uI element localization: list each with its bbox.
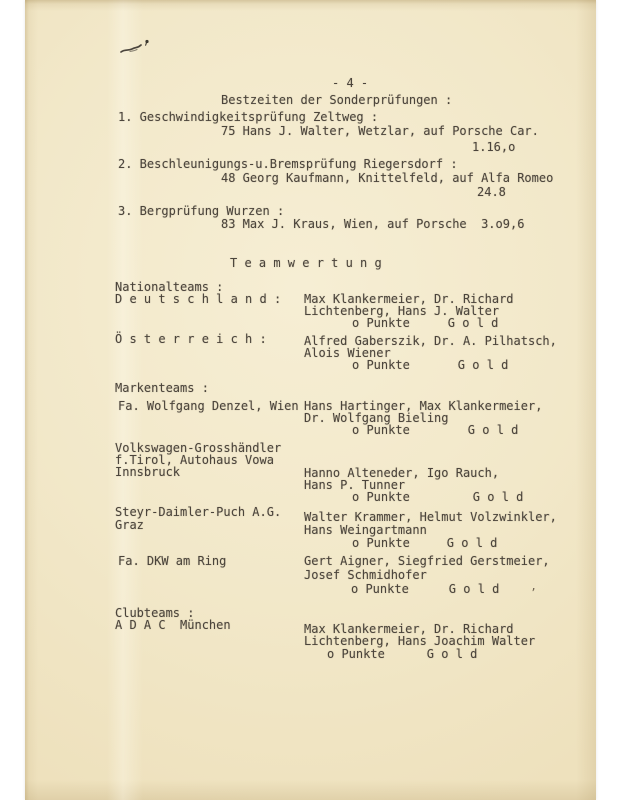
points-value: o Punkte (352, 358, 410, 372)
event-time: 24.8 (477, 186, 506, 198)
ink-smudge-icon (118, 36, 158, 58)
drivers-line: Lichtenberg, Hans Joachim Walter (304, 635, 535, 647)
group-label: Markenteams : (115, 382, 209, 394)
points-medal-line: o PunkteG o l d (352, 359, 508, 371)
medal-value: G o l d (447, 537, 498, 549)
teamwertung-heading: T e a m w e r t u n g (230, 257, 382, 269)
drivers-line: Walter Krammer, Helmut Volzwinkler, (304, 511, 557, 523)
drivers-line: Gert Aigner, Siegfried Gerstmeier, (304, 555, 550, 567)
medal-value: G o l d (468, 424, 519, 436)
drivers-line: Josef Schmidhofer (304, 569, 427, 581)
event-name: 2. Beschleunigungs-u.Bremsprüfung Rieger… (118, 158, 458, 170)
team-name-line: Innsbruck (115, 466, 180, 478)
points-value: o Punkte (352, 423, 410, 437)
team-name-line: Fa. DKW am Ring (118, 555, 226, 567)
event-name: 1. Geschwindigkeitsprüfung Zeltweg : (118, 111, 378, 123)
team-name-line: Steyr-Daimler-Puch A.G. (115, 506, 281, 518)
event-result: 75 Hans J. Walter, Wetzlar, auf Porsche … (221, 125, 539, 137)
team-name-line: A D A C München (115, 619, 231, 631)
page-number: - 4 - (332, 77, 368, 89)
team-name-line: D e u t s c h l a n d : (115, 293, 281, 305)
points-value: o Punkte (351, 582, 409, 596)
medal-value: G o l d (458, 359, 509, 371)
points-medal-line: o PunkteG o l d (351, 583, 499, 595)
team-name-line: Ö s t e r r e i c h : (115, 333, 267, 345)
team-name-line: Graz (115, 519, 144, 531)
points-medal-line: o PunkteG o l d (352, 537, 497, 549)
points-value: o Punkte (352, 536, 410, 550)
points-medal-line: o PunkteG o l d (352, 424, 518, 436)
points-value: o Punkte (352, 490, 410, 504)
points-value: o Punkte (327, 647, 385, 661)
medal-value: G o l d (448, 317, 499, 329)
medal-value: G o l d (473, 491, 524, 503)
event-result: 83 Max J. Kraus, Wien, auf Porsche 3.o9,… (221, 218, 524, 230)
section-title: Bestzeiten der Sonderprüfungen : (221, 94, 452, 106)
event-result: 48 Georg Kaufmann, Knittelfeld, auf Alfa… (221, 172, 553, 184)
points-medal-line: o PunkteG o l d (352, 317, 498, 329)
document-page: - 4 - Bestzeiten der Sonderprüfungen : 1… (25, 0, 596, 800)
points-medal-line: o PunkteG o l d (327, 648, 477, 660)
medal-value: G o l d (449, 583, 500, 595)
event-name: 3. Bergprüfung Wurzen : (118, 205, 284, 217)
drivers-line: Hans Weingartmann (304, 524, 427, 536)
points-value: o Punkte (352, 316, 410, 330)
points-medal-line: o PunkteG o l d (352, 491, 523, 503)
medal-value: G o l d (427, 648, 478, 660)
event-time: 1.16,o (472, 141, 515, 153)
stray-ink-mark: ’ (530, 587, 537, 599)
scanned-document: - 4 - Bestzeiten der Sonderprüfungen : 1… (0, 0, 619, 800)
team-name-line: Fa. Wolfgang Denzel, Wien (118, 400, 299, 412)
